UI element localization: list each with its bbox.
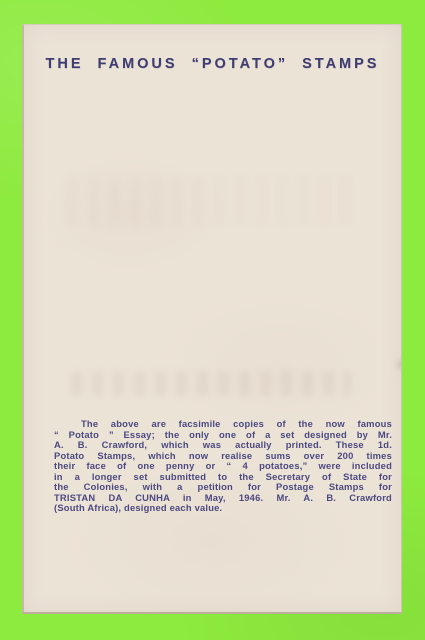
caption-line: their face of one penny or “ 4 potatoes,… <box>54 461 392 472</box>
scan-smudge <box>386 346 402 378</box>
caption-line: The above are facsimile copies of the no… <box>54 419 392 430</box>
card-title: THE FAMOUS “POTATO” STAMPS <box>24 56 401 72</box>
postcard: THE FAMOUS “POTATO” STAMPS The above are… <box>22 24 402 614</box>
showthrough-ghost-band <box>70 371 352 396</box>
caption-line: A. B. Crawford, which was actually print… <box>54 440 392 451</box>
caption-line: the Colonies, with a petition for Postag… <box>54 482 392 493</box>
showthrough-ghost-faint <box>66 175 356 227</box>
caption-paragraph: The above are facsimile copies of the no… <box>54 419 392 514</box>
caption-line: (South Africa), designed each value. <box>54 503 392 514</box>
